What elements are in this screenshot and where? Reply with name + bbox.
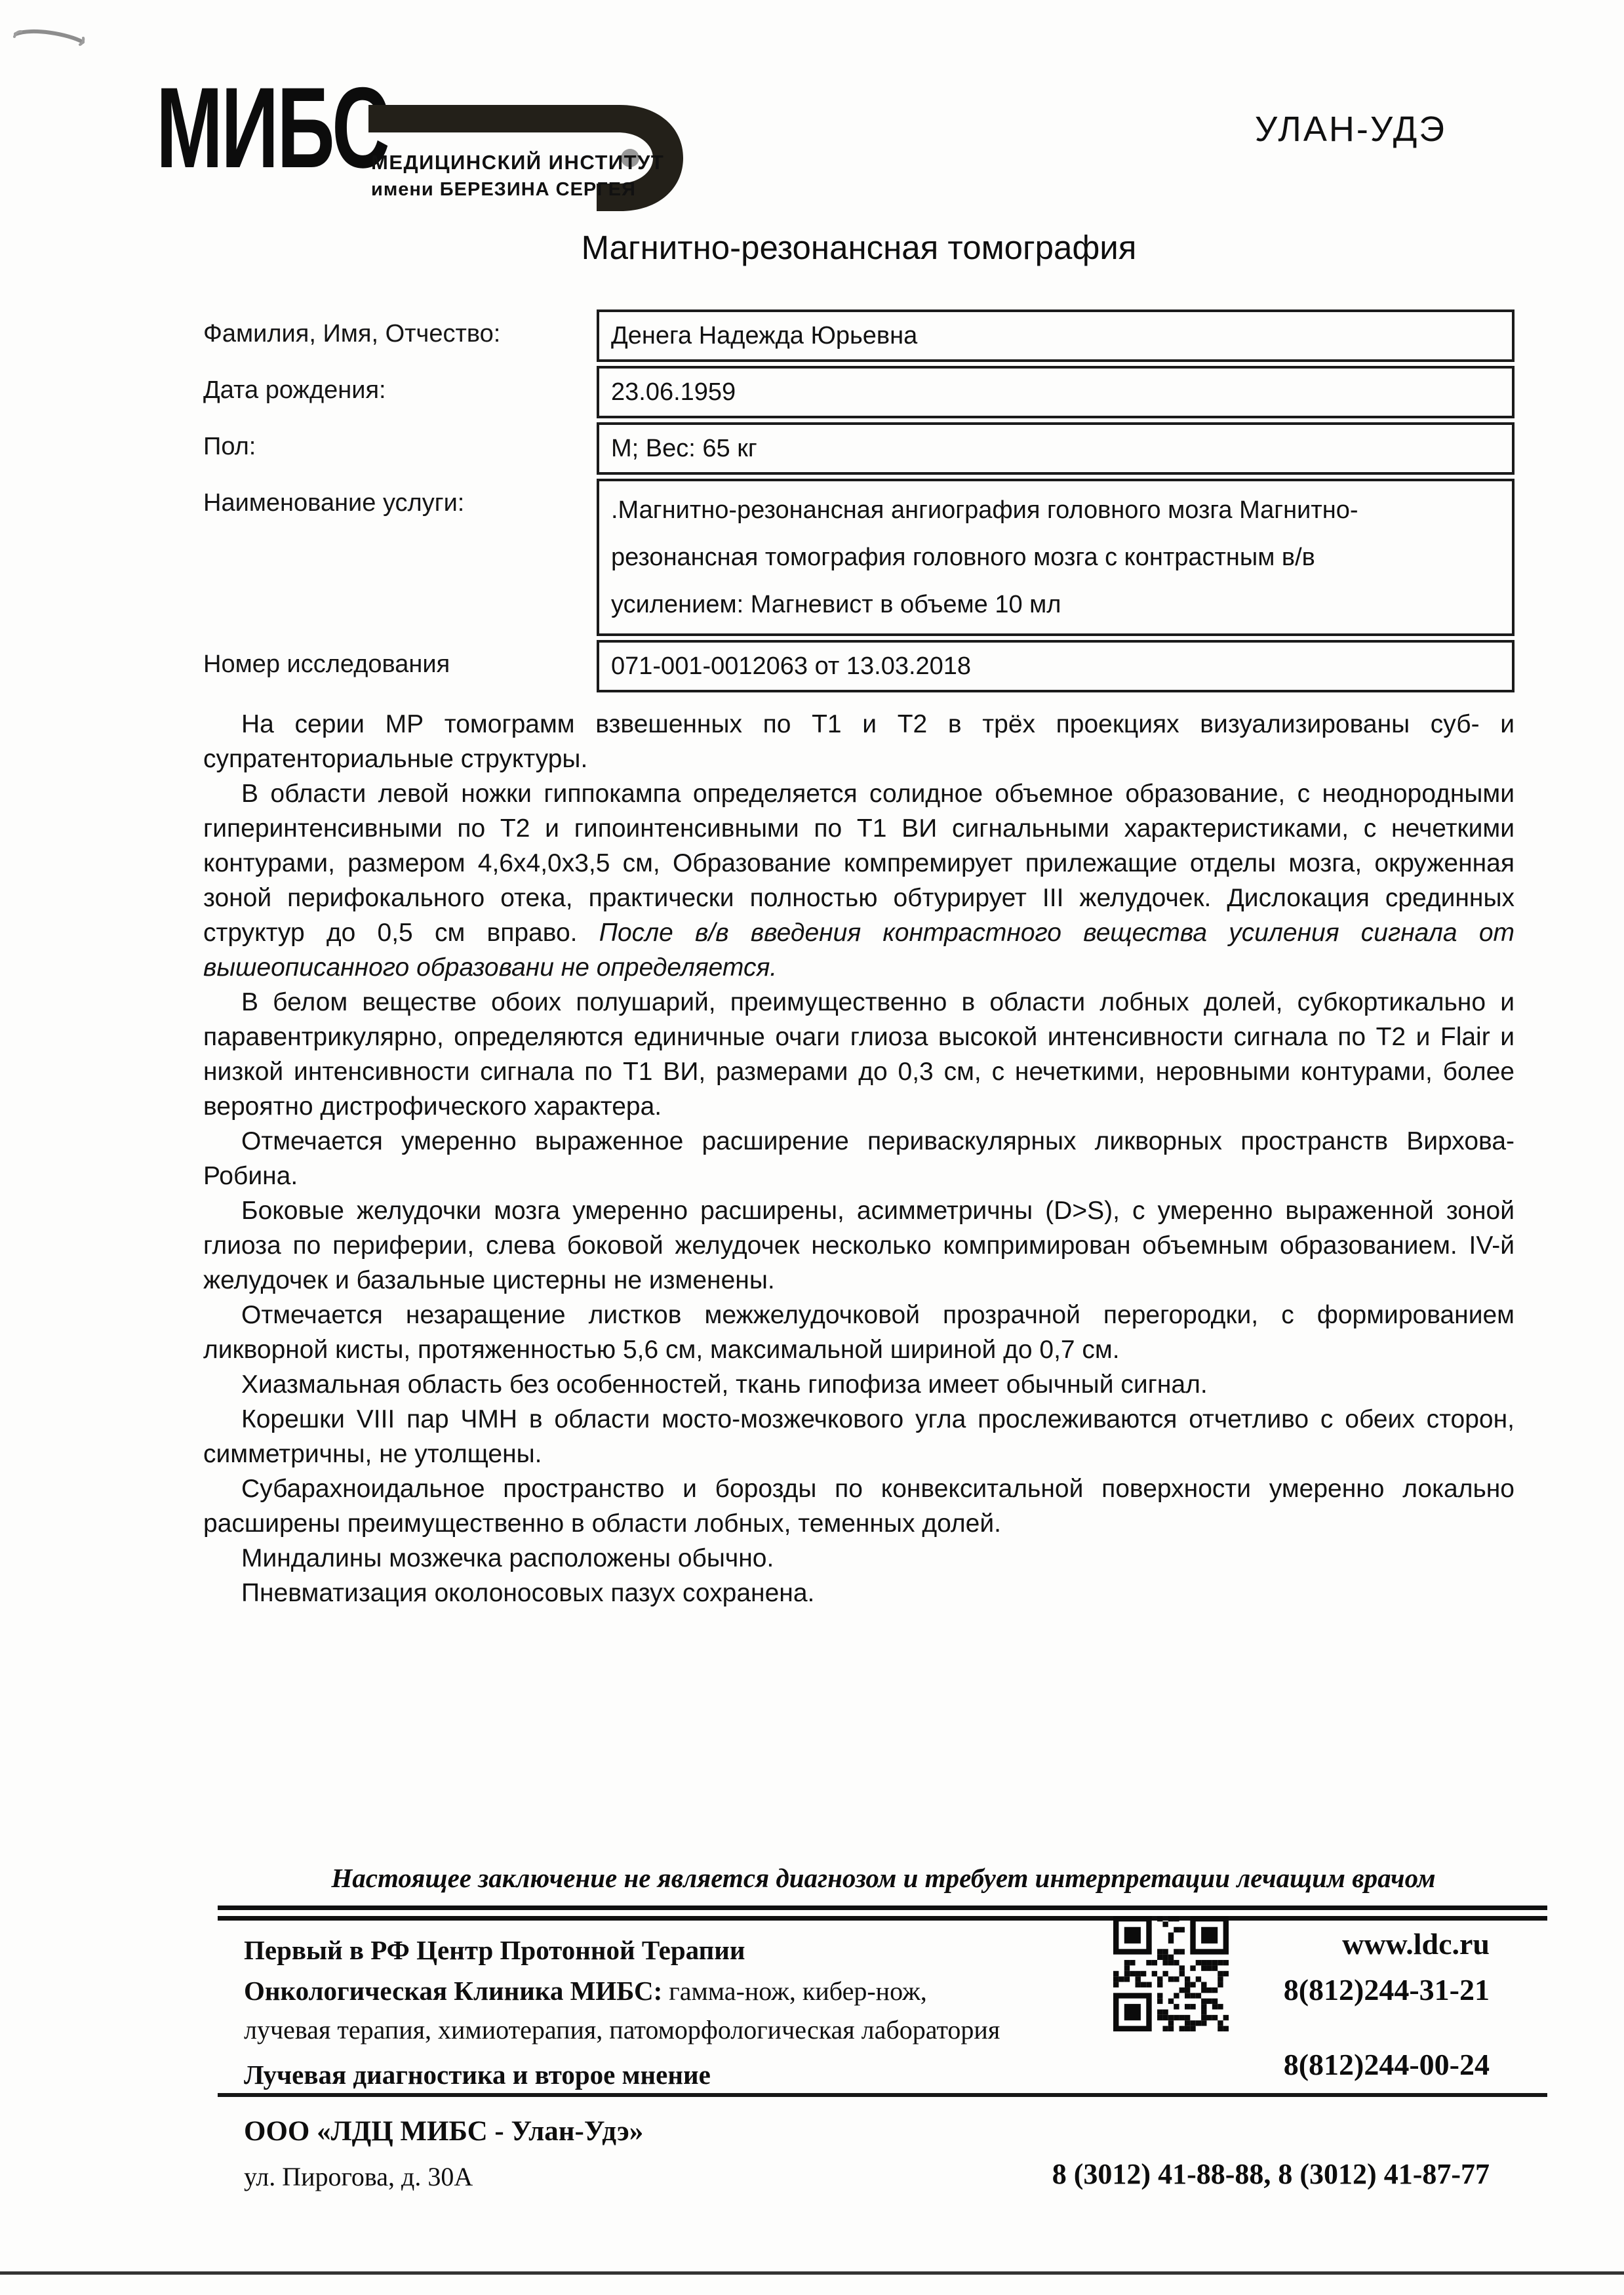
report-paragraph: Хиазмальная область без особенностей, тк… [203, 1367, 1515, 1402]
service-line: .Магнитно-резонансная ангиография головн… [611, 487, 1500, 534]
table-row-sex: Пол: М; Вес: 65 кг [203, 422, 1515, 475]
mri-report-page: МИБС МЕДИЦИНСКИЙ ИНСТИТУТ имени БЕРЕЗИНА… [0, 0, 1624, 2295]
table-row-birthdate: Дата рождения: 23.06.1959 [203, 366, 1515, 418]
report-paragraph: В белом веществе обоих полушарий, преиму… [203, 985, 1515, 1124]
phone-spb-1: 8(812)244-31-21 [1284, 1972, 1490, 2007]
institute-line1: МЕДИЦИНСКИЙ ИНСТИТУТ [371, 150, 664, 174]
footer-divider-rule [218, 2093, 1547, 2097]
service-name-value: .Магнитно-резонансная ангиография головн… [597, 479, 1515, 636]
clinic-line-therapy: лучевая терапия, химиотерапия, патоморфо… [244, 2014, 1000, 2045]
birthdate-value: 23.06.1959 [597, 366, 1515, 418]
table-row-study-number: Номер исследования 071-001-0012063 от 13… [203, 640, 1515, 692]
table-row-name: Фамилия, Имя, Отчество: Денега Надежда Ю… [203, 309, 1515, 362]
clinic-line-proton-center: Первый в РФ Центр Протонной Терапии [244, 1934, 745, 1966]
clinic-line-diagnostics: Лучевая диагностика и второе мнение [244, 2059, 711, 2090]
report-paragraph: Корешки VIII пар ЧМН в области мосто-моз… [203, 1402, 1515, 1471]
report-paragraph: Боковые желудочки мозга умеренно расшире… [203, 1193, 1515, 1298]
report-paragraph: Отмечается умеренно выраженное расширени… [203, 1124, 1515, 1193]
company-address: ул. Пирогова, д. 30А [244, 2161, 473, 2192]
qr-code-icon [1113, 1916, 1229, 2031]
mibs-logo-text: МИБС [156, 71, 388, 186]
phones-ulan-ude: 8 (3012) 41-88-88, 8 (3012) 41-87-77 [1052, 2157, 1490, 2191]
institute-line2: имени БЕРЕЗИНА СЕРГЕЯ [371, 179, 636, 200]
sex-weight-value: М; Вес: 65 кг [597, 422, 1515, 475]
report-paragraph: На серии МР томограмм взвешенных по Т1 и… [203, 707, 1515, 776]
clinic-services: гамма-нож, кибер-нож, [662, 1976, 926, 2006]
report-paragraph: Субарахноидальное пространство и борозды… [203, 1471, 1515, 1541]
city-label: УЛАН-УДЭ [1242, 109, 1459, 150]
service-line: резонансная томография головного мозга с… [611, 534, 1500, 581]
patient-info-table: Фамилия, Имя, Отчество: Денега Надежда Ю… [203, 309, 1515, 696]
report-paragraph: Миндалины мозжечка расположены обычно. [203, 1541, 1515, 1576]
clinic-name-bold: Онкологическая Клиника МИБС: [244, 1976, 662, 2006]
double-divider-rule [218, 1906, 1547, 1921]
scan-bottom-edge [0, 2271, 1624, 2275]
row-label: Фамилия, Имя, Отчество: [203, 309, 597, 362]
patient-name-value: Денега Надежда Юрьевна [597, 309, 1515, 362]
disclaimer-text: Настоящее заключение не является диагноз… [220, 1862, 1547, 1894]
row-label: Номер исследования [203, 640, 597, 692]
report-paragraph: В области левой ножки гиппокампа определ… [203, 776, 1515, 985]
row-label: Пол: [203, 422, 597, 475]
report-paragraph: Пневматизация околоносовых пазух сохране… [203, 1576, 1515, 1610]
phone-spb-2: 8(812)244-00-24 [1284, 2047, 1490, 2082]
report-body: На серии МР томограмм взвешенных по Т1 и… [203, 707, 1515, 1610]
report-paragraph: Отмечается незаращение листков межжелудо… [203, 1298, 1515, 1367]
row-label: Дата рождения: [203, 366, 597, 418]
service-line: усилением: Магневист в объеме 10 мл [611, 581, 1500, 628]
row-label: Наименование услуги: [203, 479, 597, 636]
website-link: www.ldc.ru [1342, 1926, 1490, 1961]
table-row-service: Наименование услуги: .Магнитно-резонансн… [203, 479, 1515, 636]
company-name: ООО «ЛДЦ МИБС - Улан-Удэ» [244, 2115, 643, 2147]
pen-scan-artifact [9, 24, 94, 54]
clinic-line-oncology: Онкологическая Клиника МИБС: гамма-нож, … [244, 1975, 927, 2006]
magnet-logo-icon: МЕДИЦИНСКИЙ ИНСТИТУТ имени БЕРЕЗИНА СЕРГ… [368, 87, 690, 214]
study-number-value: 071-001-0012063 от 13.03.2018 [597, 640, 1515, 692]
document-title: Магнитно-резонансная томография [203, 228, 1515, 267]
